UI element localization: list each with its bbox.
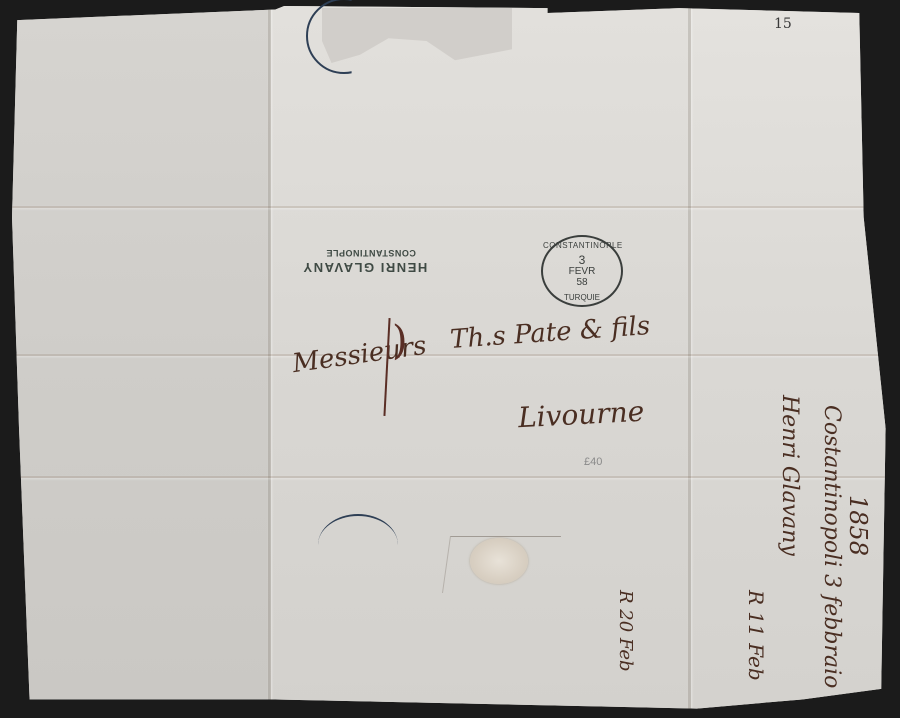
right-panel xyxy=(690,6,890,710)
postmark-year: 58 xyxy=(543,277,621,288)
partial-postmark-bottom xyxy=(318,514,398,576)
postmark-bottom-text: TURQUIE xyxy=(543,293,621,302)
horizontal-fold-bottom xyxy=(12,476,890,478)
docket-received: R 11 Feb xyxy=(744,590,768,681)
left-panel xyxy=(12,6,270,710)
vertical-fold-right xyxy=(688,6,691,710)
docket-year: 1858 xyxy=(844,495,872,556)
receiver-note: R 20 Feb xyxy=(615,590,636,672)
postmark-top-text: CONSTANTINOPLE xyxy=(543,241,621,250)
address-city: Livourne xyxy=(517,395,645,435)
sender-cachet-name: HENRI GLAVANY xyxy=(302,260,427,275)
vertical-fold-left xyxy=(268,6,271,710)
postmark-month: FEVR xyxy=(543,266,621,277)
horizontal-fold-top xyxy=(12,206,890,208)
docket-origin: Costantinopoli 3 febbraio xyxy=(819,405,844,688)
constantinople-postmark: CONSTANTINOPLE 3 FEVR 58 TURQUIE xyxy=(541,235,623,307)
sender-cachet-city: CONSTANTINOPLE xyxy=(326,248,416,258)
postmark-day: 3 xyxy=(543,253,621,267)
docket-sender: Henri Glavany xyxy=(777,395,802,556)
wax-seal-remnant xyxy=(470,538,528,584)
rate-mark: ) xyxy=(392,318,408,364)
corner-mark: 15 xyxy=(774,16,792,32)
pencil-price: £40 xyxy=(584,456,602,468)
